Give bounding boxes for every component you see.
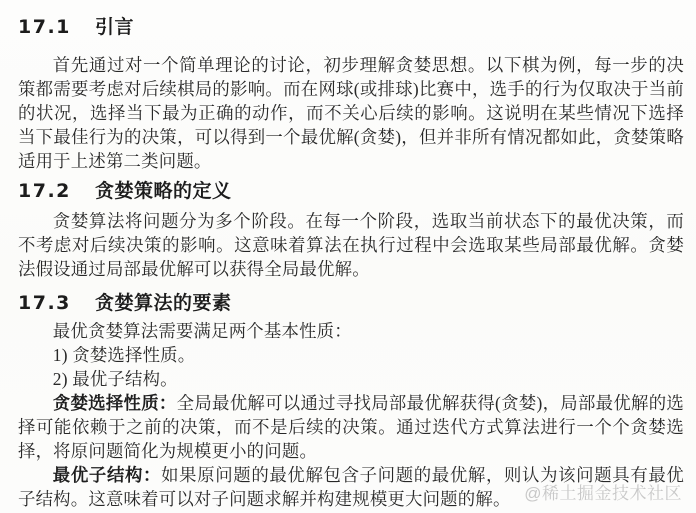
section-17-2-heading: 17.2 贪婪策略的定义 <box>18 179 684 204</box>
properties-intro: 最优贪婪算法需要满足两个基本性质： <box>18 319 684 343</box>
paragraph-lead: 贪婪选择性质： <box>53 393 177 413</box>
section-title: 引言 <box>95 16 134 38</box>
section-number: 17.1 <box>18 16 71 38</box>
list-item: 2) 最优子结构。 <box>18 367 684 391</box>
paragraph: 贪婪算法将问题分为多个阶段。在每一个阶段，选取当前状态下的最优决策，而不考虑对后… <box>18 209 684 281</box>
section-title: 贪婪策略的定义 <box>95 180 232 202</box>
section-17-1-heading: 17.1 引言 <box>18 15 684 40</box>
watermark: @稀土掘金技术社区 <box>524 479 682 504</box>
paragraph: 首先通过对一个简单理论的讨论，初步理解贪婪思想。以下棋为例，每一步的决策都需要考… <box>18 53 684 173</box>
section-number: 17.2 <box>18 180 71 202</box>
section-number: 17.3 <box>18 292 71 314</box>
document-page: 17.1 引言 首先通过对一个简单理论的讨论，初步理解贪婪思想。以下棋为例，每一… <box>0 0 696 513</box>
list-item: 1) 贪婪选择性质。 <box>18 343 684 367</box>
paragraph-greedy-choice: 贪婪选择性质：全局最优解可以通过寻找局部最优解获得(贪婪)，局部最优解的选择可能… <box>18 391 684 463</box>
paragraph-lead: 最优子结构： <box>53 465 161 485</box>
section-17-1: 17.1 引言 首先通过对一个简单理论的讨论，初步理解贪婪思想。以下棋为例，每一… <box>18 15 684 173</box>
section-title: 贪婪算法的要素 <box>95 292 232 314</box>
section-17-2: 17.2 贪婪策略的定义 贪婪算法将问题分为多个阶段。在每一个阶段，选取当前状态… <box>18 179 684 281</box>
section-17-3-heading: 17.3 贪婪算法的要素 <box>18 291 684 316</box>
section-17-3: 17.3 贪婪算法的要素 最优贪婪算法需要满足两个基本性质： 1) 贪婪选择性质… <box>18 291 684 511</box>
